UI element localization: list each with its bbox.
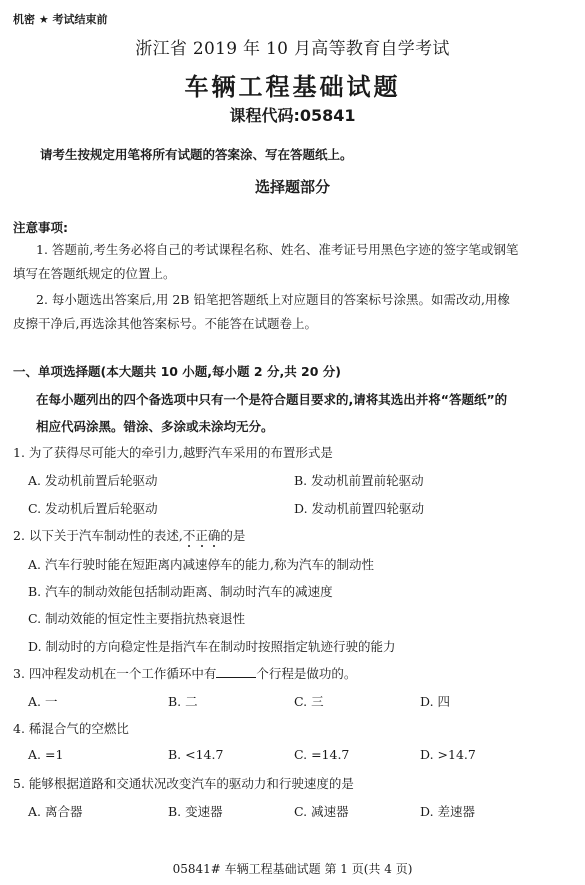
note-2-line2: 皮擦干净后,再选涂其他答案标号。不能答在试题卷上。 <box>13 314 317 332</box>
part1-heading: 一、单项选择题(本大题共 10 小题,每小题 2 分,共 20 分) <box>13 362 341 380</box>
notes-title: 注意事项: <box>13 218 68 236</box>
emphasis-char: 确 <box>208 528 221 543</box>
emphasis-char: 不 <box>183 528 196 543</box>
question-3-option-d: D. 四 <box>420 692 450 710</box>
question-4-option-c: C. =14.7 <box>294 747 349 762</box>
question-4-option-a: A. =1 <box>28 747 63 762</box>
question-3-option-a: A. 一 <box>28 692 57 710</box>
page-footer: 05841# 车辆工程基础试题 第 1 页(共 4 页) <box>0 860 585 877</box>
question-2-option-c: C. 制动效能的恒定性主要指抗热衰退性 <box>28 609 245 627</box>
question-4-option-d: D. >14.7 <box>420 747 476 762</box>
question-5-option-a: A. 离合器 <box>28 802 82 820</box>
part1-desc-line2: 相应代码涂黑。错涂、多涂或未涂均无分。 <box>36 417 274 435</box>
fill-blank <box>216 665 256 678</box>
confidential-label: 机密 ★ 考试结束前 <box>13 11 108 27</box>
note-1-line2: 填写在答题纸规定的位置上。 <box>13 264 176 282</box>
note-1-line1: 1. 答题前,考生务必将自己的考试课程名称、姓名、准考证号用黑色字迹的签字笔或钢… <box>36 240 518 258</box>
part1-desc-line1: 在每小题列出的四个备选项中只有一个是符合题目要求的,请将其选出并将“答题纸”的 <box>36 390 507 408</box>
question-5-option-d: D. 差速器 <box>420 802 475 820</box>
question-4-option-b: B. <14.7 <box>168 747 223 762</box>
question-3-option-c: C. 三 <box>294 692 324 710</box>
question-3-stem: 3. 四冲程发动机在一个工作循环中有个行程是做功的。 <box>13 664 356 682</box>
answer-instruction: 请考生按规定用笔将所有试题的答案涂、写在答题纸上。 <box>40 145 353 163</box>
emphasis-char: 正 <box>195 528 208 543</box>
question-2-option-d: D. 制动时的方向稳定性是指汽车在制动时按照指定轨迹行驶的能力 <box>28 637 396 655</box>
question-4-stem: 4. 稀混合气的空燃比 <box>13 719 129 737</box>
question-3-stem-prefix: 3. 四冲程发动机在一个工作循环中有 <box>13 666 216 681</box>
question-2-stem-prefix: 2. 以下关于汽车制动性的表述, <box>13 528 183 543</box>
paper-title: 车辆工程基础试题 <box>0 67 585 102</box>
question-5-option-c: C. 减速器 <box>294 802 349 820</box>
exam-name: 浙江省 2019 年 10 月高等教育自学考试 <box>0 34 585 59</box>
question-3-stem-suffix: 个行程是做功的。 <box>256 666 356 681</box>
course-code: 课程代码:05841 <box>0 103 585 126</box>
question-5-option-b: B. 变速器 <box>168 802 223 820</box>
question-1-option-c: C. 发动机后置后轮驱动 <box>28 499 158 517</box>
question-2-stem-suffix: 的是 <box>220 528 245 543</box>
question-3-option-b: B. 二 <box>168 692 198 710</box>
question-1-option-b: B. 发动机前置前轮驱动 <box>294 471 424 489</box>
question-1-option-a: A. 发动机前置后轮驱动 <box>28 471 157 489</box>
question-2-stem: 2. 以下关于汽车制动性的表述,不正确的是 <box>13 526 245 544</box>
question-2-option-b: B. 汽车的制动效能包括制动距离、制动时汽车的减速度 <box>28 582 333 600</box>
note-2-line1: 2. 每小题选出答案后,用 2B 铅笔把答题纸上对应题目的答案标号涂黑。如需改动… <box>36 290 510 308</box>
question-1-option-d: D. 发动机前置四轮驱动 <box>294 499 424 517</box>
section-title: 选择题部分 <box>0 176 585 197</box>
question-2-option-a: A. 汽车行驶时能在短距离内减速停车的能力,称为汽车的制动性 <box>28 555 374 573</box>
question-1-stem: 1. 为了获得尽可能大的牵引力,越野汽车采用的布置形式是 <box>13 443 333 461</box>
question-5-stem: 5. 能够根据道路和交通状况改变汽车的驱动力和行驶速度的是 <box>13 774 354 792</box>
